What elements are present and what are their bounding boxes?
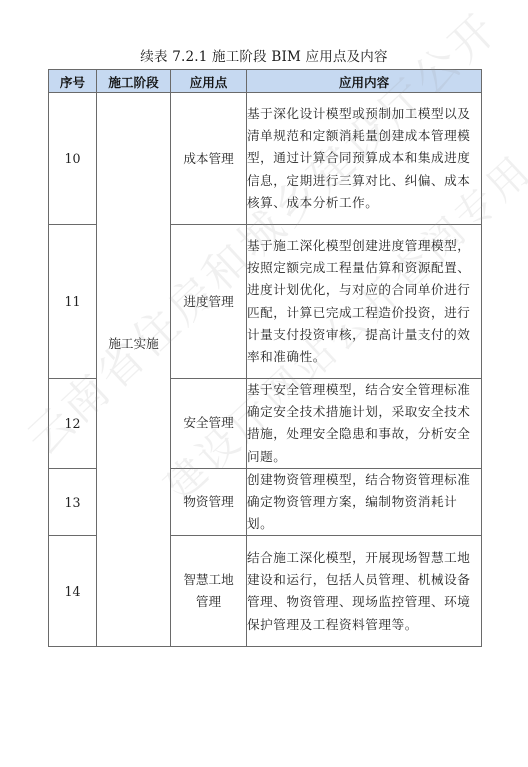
application-content: 基于深化设计模型或预制加工模型以及清单规范和定额消耗量创建成本管理模型，通过计算…	[247, 93, 482, 225]
application-point: 成本管理	[171, 93, 247, 225]
header-point: 应用点	[171, 70, 247, 93]
application-content: 基于施工深化模型创建进度管理模型，按照定额完成工程量估算和资源配置、进度计划优化…	[247, 225, 482, 379]
row-number: 11	[49, 225, 97, 379]
application-content: 创建物资管理模型，结合物资管理标准确定物资管理方案，编制物资消耗计划。	[247, 468, 482, 536]
application-point: 物资管理	[171, 468, 247, 536]
application-point-line1: 智慧工地	[171, 569, 246, 591]
table-header-row: 序号 施工阶段 应用点 应用内容	[49, 70, 482, 93]
application-content: 结合施工深化模型，开展现场智慧工地建设和运行，包括人员管理、机械设备管理、物资管…	[247, 536, 482, 647]
header-stage: 施工阶段	[97, 70, 171, 93]
stage-label: 施工实施	[108, 336, 158, 351]
table-row: 10 施工实施 成本管理 基于深化设计模型或预制加工模型以及清单规范和定额消耗量…	[49, 93, 482, 225]
table-caption: 续表 7.2.1 施工阶段 BIM 应用点及内容	[0, 45, 528, 65]
row-number: 12	[49, 379, 97, 469]
application-point: 进度管理	[171, 225, 247, 379]
header-content: 应用内容	[247, 70, 482, 93]
bim-application-table: 序号 施工阶段 应用点 应用内容 10 施工实施 成本管理 基于深化设计模型或预…	[48, 69, 482, 647]
stage-cell: 施工实施	[97, 93, 171, 647]
application-point: 安全管理	[171, 379, 247, 469]
application-point: 智慧工地 管理	[171, 536, 247, 647]
header-seq: 序号	[49, 70, 97, 93]
row-number: 14	[49, 536, 97, 647]
row-number: 13	[49, 468, 97, 536]
application-point-line2: 管理	[171, 591, 246, 613]
row-number: 10	[49, 93, 97, 225]
application-content: 基于安全管理模型，结合安全管理标准确定安全技术措施计划，采取安全技术措施，处理安…	[247, 379, 482, 469]
